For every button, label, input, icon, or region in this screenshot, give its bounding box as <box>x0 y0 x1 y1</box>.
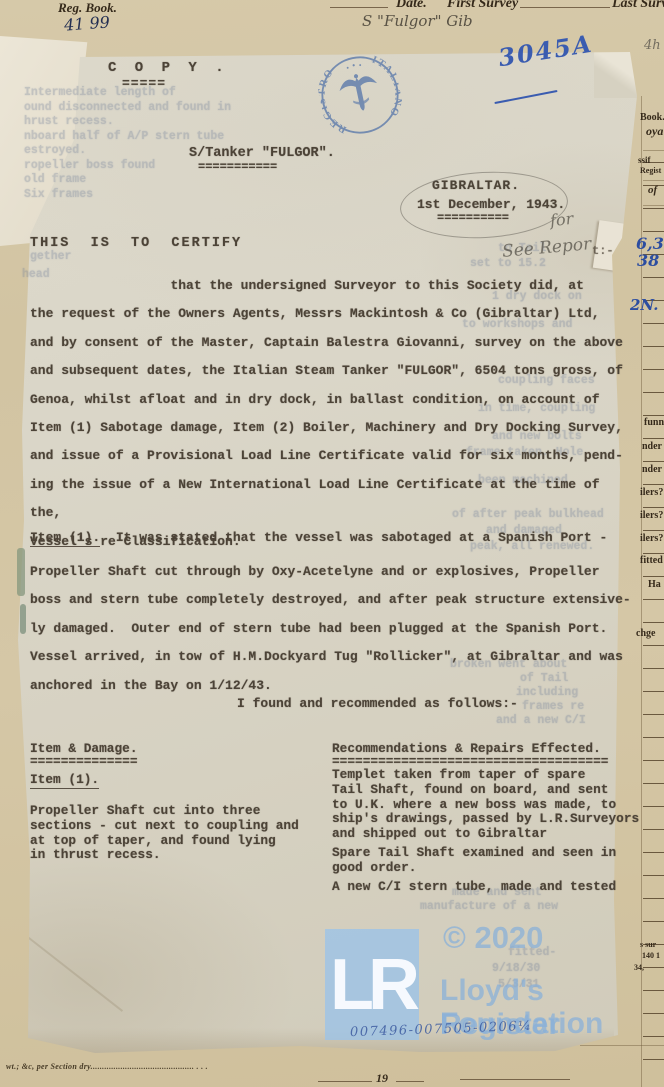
ledger-last-survey-label: Last Surve <box>612 0 664 12</box>
table-left-header: Item & Damage. ============== <box>30 742 138 768</box>
watermark-copyright: © 2020 <box>443 920 543 956</box>
ledger-fragment: nder <box>642 464 662 475</box>
certificate-body-paragraph: that the undersigned Surveyor to this So… <box>30 272 634 556</box>
item1-first-line-rest: It was stated that the vessel was sabota… <box>100 530 607 545</box>
ledger-fragment: chge <box>636 628 655 639</box>
item1-label: Item (1). <box>30 530 100 547</box>
table-right-repairs-paragraph-1: Templet taken from taper of spare Tail S… <box>332 768 639 842</box>
bleed-through-fragment: gether <box>30 250 71 263</box>
ledger-reg-book-number: 41 99 <box>63 12 110 34</box>
ledger-page-number: 19 <box>376 1071 388 1086</box>
registro-italiano-stamp: REGISTRO ITALIANO <box>313 48 408 143</box>
ledger-fragment: ssif <box>638 155 651 165</box>
ledger-handwritten-number: 2N. <box>630 296 658 314</box>
bleed-through-fragment: and a new C/I <box>496 714 586 727</box>
folded-corner <box>594 50 640 98</box>
certify-heading: THIS IS TO CERTIFY <box>30 236 242 251</box>
ledger-bottom-tiny-print: wt.; &c, per Section dry................… <box>6 1062 208 1071</box>
vessel-title: S/Tanker "FULGOR". <box>189 146 335 161</box>
torn-edge-fleck <box>17 548 25 596</box>
ledger-first-survey-label: First Survey <box>447 0 518 12</box>
table-left-item-label: Item (1). <box>30 772 99 787</box>
ledger-fragment: of <box>648 184 657 196</box>
ledger-top-right-pencil: 4h <box>644 38 661 53</box>
ledger-fragment: fitted <box>640 555 663 566</box>
ledger-fragment: ilers? <box>640 533 663 544</box>
ledger-fragment: oya <box>646 124 663 139</box>
ledger-handwritten-number: 38 <box>637 251 659 270</box>
table-right-repairs-paragraph-2: Spare Tail Shaft examined and seen in go… <box>332 846 616 876</box>
item1-paragraph: Propeller Shaft cut through by Oxy-Acete… <box>30 558 634 700</box>
ledger-date-label: Date. <box>396 0 427 12</box>
ledger-fragment: ilers? <box>640 487 663 498</box>
copy-heading-underline: ===== <box>122 76 166 91</box>
table-right-repairs-paragraph-3: A new C/I stern tube, made and tested <box>332 880 616 895</box>
crease-line <box>19 930 123 1012</box>
ledger-fragment: ilers? <box>640 510 663 521</box>
found-recommended-line: I found and recommended as follows:- <box>237 696 518 711</box>
bleed-through-fragment: manufacture of a new <box>420 900 558 913</box>
ledger-fragment: funn <box>644 417 664 428</box>
torn-edge-fleck <box>20 604 26 634</box>
table-left-damage-paragraph: Propeller Shaft cut into three sections … <box>30 804 299 863</box>
ledger-ruled-lines <box>643 140 664 1070</box>
scanned-document-page: Reg. Book. 41 99 Date. First Survey Last… <box>0 0 664 1087</box>
stamp-eagle-icon <box>337 70 382 114</box>
lr-logo-letters: LR <box>330 944 414 1026</box>
copy-heading: C O P Y . <box>108 60 229 76</box>
item1-first-line: Item (1). It was stated that the vessel … <box>30 530 607 545</box>
ledger-top-handwritten-note: S "Fulgor" Gib <box>362 12 473 30</box>
vessel-title-underline: =========== <box>198 160 277 174</box>
ledger-fragment: 34, <box>634 963 644 972</box>
ledger-fragment: 140 1 <box>642 951 660 960</box>
bleed-through-text-block: Intermediate length of ound disconnected… <box>24 86 231 202</box>
pencil-note-for: for <box>549 209 574 230</box>
ledger-fragment: Regist <box>640 166 661 175</box>
ledger-fragment: Book. <box>640 112 664 123</box>
ledger-fragment: s sur <box>640 940 656 949</box>
bleed-through-fragment: frames re <box>522 700 584 713</box>
ledger-fragment: nder <box>642 441 662 452</box>
ledger-fragment: Ha <box>648 579 661 590</box>
table-right-header: Recommendations & Repairs Effected. ====… <box>332 742 608 768</box>
torn-edge-typed-fragment: t:- <box>592 244 614 258</box>
